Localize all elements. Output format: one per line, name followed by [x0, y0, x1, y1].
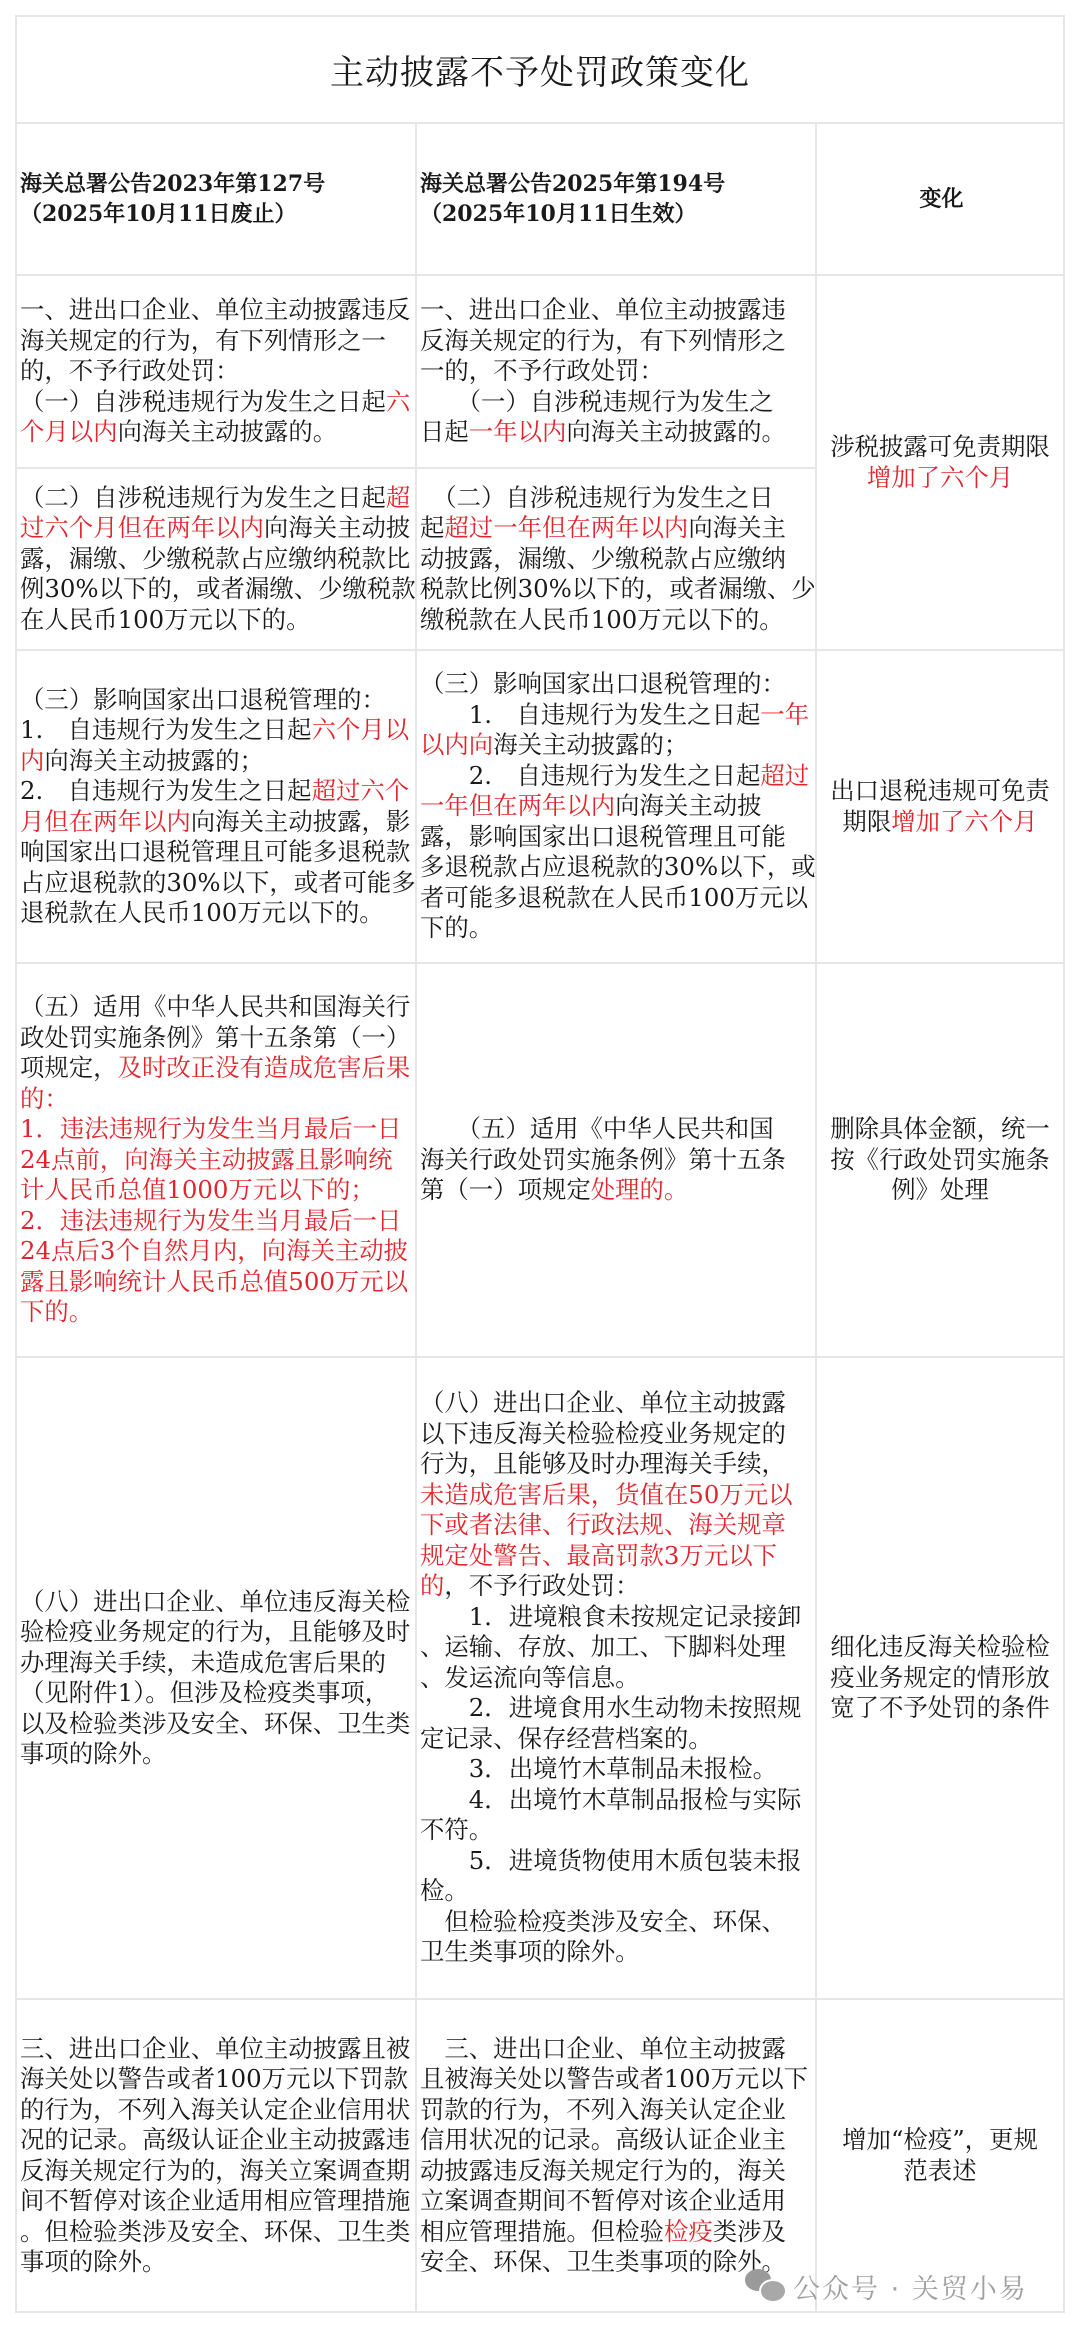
text-line: 动披露违反海关规定行为的，海关	[420, 2156, 812, 2187]
text-segment: 一、进出口企业、单位主动披露违	[420, 295, 786, 324]
text-line: 计人民币总值1000万元以下的；	[20, 1175, 412, 1206]
row-2-new-cell: （二）自涉税违规行为发生之日起超过一年但在两年以内向海关主动披露，漏缴、少缴税款…	[417, 469, 817, 651]
highlighted-change-text: 露且影响统计人民币总值500万元以	[20, 1267, 408, 1296]
text-segment: 疫业务规定的情形放	[830, 1663, 1050, 1692]
text-line: 未造成危害后果，货值在50万元以	[420, 1480, 812, 1511]
text-segment: 向海关主动披露的。	[566, 417, 786, 446]
text-line: 事项的除外。	[20, 2247, 412, 2278]
header-change-label: 变化	[919, 184, 963, 214]
text-line: 下或者法律、行政法规、海关规章	[420, 1510, 812, 1541]
text-segment: 验检疫业务规定的行为，且能够及时	[20, 1617, 410, 1646]
text-segment: 以下违反海关检验检疫业务规定的	[420, 1419, 786, 1448]
row-1-old-cell: 一、进出口企业、单位主动披露违反海关规定的行为，有下列情形之一的，不予行政处罚：…	[17, 276, 417, 469]
text-segment: 动披露违反海关规定行为的，海关	[420, 2156, 786, 2185]
text-segment: 1. 自违规行为发生之日起	[20, 715, 312, 744]
text-line: （三）影响国家出口退税管理的：	[420, 669, 812, 700]
text-segment: 响国家出口退税管理且可能多退税款	[20, 837, 410, 866]
header-old-notice: 海关总署公告2023年第127号 （2025年10月11日废止）	[17, 124, 417, 276]
row-6-change-cell: 增加“检疫”，更规范表述	[817, 2000, 1063, 2311]
text-line: （二）自涉税违规行为发生之日起超	[20, 483, 412, 514]
text-line: 反海关规定的行为，有下列情形之	[420, 326, 812, 357]
row-4-old-cell: （五）适用《中华人民共和国海关行政处罚实施条例》第十五条第（一）项规定，及时改正…	[17, 964, 417, 1358]
text-line: 出口退税违规可免责	[830, 776, 1050, 807]
text-segment: 出口退税违规可免责	[830, 776, 1050, 805]
text-segment: 者可能多退税款在人民币100万元以	[420, 883, 808, 912]
text-line: 5．进境货物使用木质包装未报	[420, 1846, 812, 1877]
text-segment: 1. 自违规行为发生之日起	[420, 700, 760, 729]
highlighted-change-text: 超过	[760, 761, 809, 790]
text-segment: 日起	[420, 417, 469, 446]
text-line: 1．进境粮食未按规定记录接卸	[420, 1602, 812, 1633]
text-line: 反海关规定行为的，海关立案调查期	[20, 2156, 412, 2187]
highlighted-change-text: 24点前，向海关主动披露且影响统	[20, 1145, 393, 1174]
text-segment: 在人民币100万元以下的。	[20, 605, 310, 634]
text-line: 一年但在两年以内向海关主动披	[420, 791, 812, 822]
text-line: 1．违法违规行为发生当月最后一日	[20, 1114, 412, 1145]
text-segment: 2. 自违规行为发生之日起	[20, 776, 312, 805]
text-line: 过六个月但在两年以内向海关主动披	[20, 513, 412, 544]
highlighted-change-text: 2．违法违规行为发生当月最后一日	[20, 1206, 401, 1235]
text-line: 动披露，漏缴、少缴税款占应缴纳	[420, 544, 812, 575]
text-line: 在人民币100万元以下的。	[20, 605, 412, 636]
text-line: 宽了不予处罚的条件	[830, 1693, 1050, 1724]
text-line: （二）自涉税违规行为发生之日	[420, 483, 812, 514]
highlighted-change-text: 一年但在两年以内	[420, 791, 615, 820]
text-segment: 向海关主动披	[264, 513, 410, 542]
text-segment: 反海关规定的行为，有下列情形之	[420, 326, 786, 355]
text-line: 不符。	[420, 1815, 812, 1846]
text-segment: 反海关规定行为的，海关立案调查期	[20, 2156, 410, 2185]
text-line: 例30%以下的，或者漏缴、少缴税款	[20, 574, 412, 605]
text-line: 涉税披露可免责期限	[830, 432, 1050, 463]
text-segment: 卫生类事项的除外。	[420, 1937, 640, 1966]
text-segment: 第（一）项规定	[420, 1175, 591, 1204]
text-segment: 间不暂停对该企业适用相应管理措施	[20, 2186, 410, 2215]
text-segment: 范表述	[903, 2156, 976, 2185]
text-segment: 海关规定的行为，有下列情形之一	[20, 326, 386, 355]
text-segment: 删除具体金额，统一	[830, 1114, 1050, 1143]
text-segment: 类涉及	[713, 2217, 786, 2246]
text-line: 事项的除外。	[20, 1739, 412, 1770]
text-line: 第（一）项规定处理的。	[420, 1175, 812, 1206]
highlighted-change-text: 下的。	[20, 1297, 93, 1326]
text-line: 项规定，及时改正没有造成危害后果	[20, 1053, 412, 1084]
text-segment: 3．出境竹木草制品未报检。	[420, 1754, 777, 1783]
text-segment: 1．进境粮食未按规定记录接卸	[420, 1602, 801, 1631]
text-line: 退税款在人民币100万元以下的。	[20, 898, 412, 929]
text-line: 日起一年以内向海关主动披露的。	[420, 417, 812, 448]
text-segment: （三）影响国家出口退税管理的：	[20, 685, 386, 714]
text-line: 验检疫业务规定的行为，且能够及时	[20, 1617, 412, 1648]
text-segment: 一、进出口企业、单位主动披露违反	[20, 295, 410, 324]
text-segment: 相应管理措施。但检验	[420, 2217, 664, 2246]
highlighted-change-text: 一年以内	[469, 417, 567, 446]
text-segment: 起	[420, 513, 444, 542]
text-line: 1. 自违规行为发生之日起一年	[420, 700, 812, 731]
text-segment: 多退税款占应退税款的30%以下，或	[420, 852, 816, 881]
text-line: （三）影响国家出口退税管理的：	[20, 685, 412, 716]
highlighted-change-text: 超过一年但在两年以内	[444, 513, 688, 542]
text-line: 三、进出口企业、单位主动披露且被	[20, 2034, 412, 2065]
text-segment: 涉税披露可免责期限	[830, 432, 1050, 461]
text-line: 露，影响国家出口退税管理且可能	[420, 822, 812, 853]
text-line: 个月以内向海关主动披露的。	[20, 417, 412, 448]
row-3-change-cell: 出口退税违规可免责期限增加了六个月	[817, 651, 1063, 964]
text-line: 规定处警告、最高罚款3万元以下	[420, 1541, 812, 1572]
text-line: 多退税款占应退税款的30%以下，或	[420, 852, 812, 883]
text-segment: 例》处理	[891, 1175, 989, 1204]
text-line: 2．违法违规行为发生当月最后一日	[20, 1206, 412, 1237]
text-line: 者可能多退税款在人民币100万元以	[420, 883, 812, 914]
text-segment: 、运输、存放、加工、下脚料处理	[420, 1632, 786, 1661]
text-line: 下的。	[20, 1297, 412, 1328]
text-segment: 三、进出口企业、单位主动披露	[420, 2034, 786, 2063]
text-line: 、发运流向等信息。	[420, 1663, 812, 1694]
text-segment: 海关处以警告或者100万元以下罚款	[20, 2064, 408, 2093]
text-segment: 但检验检疫类涉及安全、环保、	[420, 1907, 786, 1936]
text-segment: 检。	[420, 1876, 469, 1905]
text-line: 海关处以警告或者100万元以下罚款	[20, 2064, 412, 2095]
text-segment: （五）适用《中华人民共和国	[420, 1114, 774, 1143]
text-segment: 定记录、保存经营档案的。	[420, 1724, 713, 1753]
text-segment: 期限	[842, 807, 891, 836]
text-segment: 按《行政处罚实施条	[830, 1145, 1050, 1174]
text-segment: 政处罚实施条例》第十五条第（一）	[20, 1023, 410, 1052]
text-line: 、运输、存放、加工、下脚料处理	[420, 1632, 812, 1663]
text-segment: （五）适用《中华人民共和国海关行	[20, 992, 410, 1021]
text-line: 但检验检疫类涉及安全、环保、	[420, 1907, 812, 1938]
header-new-date: （2025年10月11日生效）	[420, 199, 815, 229]
text-segment: 缴税款在人民币100万元以下的。	[420, 605, 784, 634]
text-segment: 向海关主动披露，影	[191, 807, 411, 836]
text-line: 露，漏缴、少缴税款占应缴纳税款比	[20, 544, 412, 575]
highlighted-change-text: 24点后3个自然月内，向海关主动披	[20, 1236, 408, 1265]
highlighted-change-text: 月但在两年以内	[20, 807, 191, 836]
text-line: 内向海关主动披露的；	[20, 746, 412, 777]
text-line: 以下违反海关检验检疫业务规定的	[420, 1419, 812, 1450]
text-segment: 动披露，漏缴、少缴税款占应缴纳	[420, 544, 786, 573]
text-line: 细化违反海关检验检	[830, 1632, 1050, 1663]
row-2-old-cell: （二）自涉税违规行为发生之日起超过六个月但在两年以内向海关主动披露，漏缴、少缴税…	[17, 469, 417, 651]
text-segment: 办理海关手续，未造成危害后果的	[20, 1648, 386, 1677]
text-line: 以及检验类涉及安全、环保、卫生类	[20, 1709, 412, 1740]
text-line: 况的记录。高级认证企业主动披露违	[20, 2125, 412, 2156]
watermark: 公众号 · 关贸小易	[745, 2266, 1028, 2306]
text-segment: 事项的除外。	[20, 1739, 166, 1768]
text-line: 24点前，向海关主动披露且影响统	[20, 1145, 412, 1176]
text-segment: 、发运流向等信息。	[420, 1663, 640, 1692]
text-segment: 例30%以下的，或者漏缴、少缴税款	[20, 574, 416, 603]
text-line: 行为，且能够及时办理海关手续，	[420, 1449, 812, 1480]
text-segment: 海关主动披露的；	[493, 730, 688, 759]
text-segment: 宽了不予处罚的条件	[830, 1693, 1050, 1722]
text-line: 三、进出口企业、单位主动披露	[420, 2034, 812, 2065]
text-line: 的：	[20, 1084, 412, 1115]
text-segment: （见附件1）。但涉及检疫类事项，	[20, 1678, 389, 1707]
text-segment: 行为，且能够及时办理海关手续，	[420, 1449, 786, 1478]
table-title: 主动披露不予处罚政策变化	[17, 17, 1063, 124]
text-line: 2. 自违规行为发生之日起超过	[420, 761, 812, 792]
text-line: （见附件1）。但涉及检疫类事项，	[20, 1678, 412, 1709]
row-6-new-cell: 三、进出口企业、单位主动披露且被海关处以警告或者100万元以下罚款的行为，不列入…	[417, 2000, 817, 2311]
highlighted-change-text: 个月以内	[20, 417, 118, 446]
row-5-change-cell: 细化违反海关检验检疫业务规定的情形放宽了不予处罚的条件	[817, 1358, 1063, 2000]
text-line: 月但在两年以内向海关主动披露，影	[20, 807, 412, 838]
highlighted-change-text: 内	[20, 746, 44, 775]
highlighted-change-text: 检疫	[664, 2217, 713, 2246]
header-new-title: 海关总署公告2025年第194号	[420, 169, 815, 199]
text-segment: 露，漏缴、少缴税款占应缴纳税款比	[20, 544, 410, 573]
highlighted-change-text: 增加了六个月	[867, 463, 1013, 492]
highlighted-change-text: 以内向	[420, 730, 493, 759]
text-segment: 且被海关处以警告或者100万元以下	[420, 2064, 808, 2093]
text-line: 一、进出口企业、单位主动披露违反	[20, 295, 412, 326]
highlighted-change-text: 计人民币总值1000万元以下的；	[20, 1175, 375, 1204]
text-line: 1. 自违规行为发生之日起六个月以	[20, 715, 412, 746]
text-segment: 露，影响国家出口退税管理且可能	[420, 822, 786, 851]
text-segment: 5．进境货物使用木质包装未报	[420, 1846, 801, 1875]
text-segment: （一）自涉税违规行为发生之	[420, 387, 774, 416]
text-segment: 况的记录。高级认证企业主动披露违	[20, 2125, 410, 2154]
highlighted-change-text: 六	[386, 387, 410, 416]
text-line: 疫业务规定的情形放	[830, 1663, 1050, 1694]
text-segment: 项规定，	[20, 1053, 118, 1082]
text-segment: 增加“检疫”，更规	[842, 2125, 1038, 2154]
row-3-old-cell: （三）影响国家出口退税管理的：1. 自违规行为发生之日起六个月以内向海关主动披露…	[17, 651, 417, 964]
text-line: 罚款的行为，不列入海关认定企业	[420, 2095, 812, 2126]
highlighted-change-text: 1．违法违规行为发生当月最后一日	[20, 1114, 401, 1143]
policy-comparison-table: 主动披露不予处罚政策变化 海关总署公告2023年第127号 （2025年10月1…	[15, 15, 1065, 2313]
text-line: 信用状况的记录。高级认证企业主	[420, 2125, 812, 2156]
text-segment: 下的。	[420, 913, 493, 942]
text-segment: （二）自涉税违规行为发生之日	[420, 483, 774, 512]
row-4-new-cell: （五）适用《中华人民共和国海关行政处罚实施条例》第十五条第（一）项规定处理的。	[417, 964, 817, 1358]
text-segment: 4．出境竹木草制品报检与实际	[420, 1785, 801, 1814]
text-line: （八）进出口企业、单位违反海关检	[20, 1587, 412, 1618]
text-line: 起超过一年但在两年以内向海关主	[420, 513, 812, 544]
text-line: 例》处理	[891, 1175, 989, 1206]
text-line: 定记录、保存经营档案的。	[420, 1724, 812, 1755]
header-change: 变化	[817, 124, 1063, 276]
text-line: 间不暂停对该企业适用相应管理措施	[20, 2186, 412, 2217]
highlighted-change-text: 的：	[20, 1084, 69, 1113]
watermark-text: 公众号 · 关贸小易	[793, 2267, 1028, 2306]
text-line: 海关规定的行为，有下列情形之一	[20, 326, 412, 357]
text-line: 3．出境竹木草制品未报检。	[420, 1754, 812, 1785]
row-5-new-cell: （八）进出口企业、单位主动披露以下违反海关检验检疫业务规定的行为，且能够及时办理…	[417, 1358, 817, 2000]
text-segment: ，不予行政处罚：	[444, 1571, 639, 1600]
highlighted-change-text: 超过六个	[312, 776, 410, 805]
text-line: （一）自涉税违规行为发生之	[420, 387, 812, 418]
text-segment: 安全、环保、卫生类事项的除外。	[420, 2247, 786, 2276]
text-line: 以内向海关主动披露的；	[420, 730, 812, 761]
text-line: （五）适用《中华人民共和国海关行	[20, 992, 412, 1023]
text-segment: 一的，不予行政处罚：	[420, 356, 664, 385]
row-6-old-cell: 三、进出口企业、单位主动披露且被海关处以警告或者100万元以下罚款的行为，不列入…	[17, 2000, 417, 2311]
text-line: 的，不予行政处罚：	[20, 356, 412, 387]
highlighted-change-text: 规定处警告、最高罚款3万元以下	[420, 1541, 777, 1570]
text-segment: 向海关主动披露的。	[118, 417, 338, 446]
text-line: 的行为，不列入海关认定企业信用状	[20, 2095, 412, 2126]
text-line: 税款比例30%以下的，或者漏缴、少	[420, 574, 812, 605]
text-segment: 占应退税款的30%以下，或者可能多	[20, 868, 416, 897]
highlighted-change-text: 增加了六个月	[891, 807, 1037, 836]
text-line: 4．出境竹木草制品报检与实际	[420, 1785, 812, 1816]
text-segment: 信用状况的记录。高级认证企业主	[420, 2125, 786, 2154]
text-line: （一）自涉税违规行为发生之日起六	[20, 387, 412, 418]
text-line: 增加“检疫”，更规	[842, 2125, 1038, 2156]
header-new-notice: 海关总署公告2025年第194号 （2025年10月11日生效）	[417, 124, 817, 276]
highlighted-change-text: 过六个月但在两年以内	[20, 513, 264, 542]
text-segment: 2．进境食用水生动物未按照规	[420, 1693, 801, 1722]
text-line: 一的，不予行政处罚：	[420, 356, 812, 387]
text-segment: 细化违反海关检验检	[830, 1632, 1050, 1661]
text-line: 下的。	[420, 913, 812, 944]
highlighted-change-text: 的	[420, 1571, 444, 1600]
text-line: 2．进境食用水生动物未按照规	[420, 1693, 812, 1724]
text-segment: 三、进出口企业、单位主动披露且被	[20, 2034, 410, 2063]
highlighted-change-text: 未造成危害后果，货值在50万元以	[420, 1480, 793, 1509]
row-1-new-cell: 一、进出口企业、单位主动披露违反海关规定的行为，有下列情形之一的，不予行政处罚：…	[417, 276, 817, 469]
text-line: 露且影响统计人民币总值500万元以	[20, 1267, 412, 1298]
text-segment: 税款比例30%以下的，或者漏缴、少	[420, 574, 816, 603]
highlighted-change-text: 一年	[760, 700, 809, 729]
text-line: 占应退税款的30%以下，或者可能多	[20, 868, 412, 899]
text-segment: 。但检验类涉及安全、环保、卫生类	[20, 2217, 410, 2246]
text-segment: 的，不予行政处罚：	[20, 356, 240, 385]
text-segment: （二）自涉税违规行为发生之日起	[20, 483, 386, 512]
text-line: 范表述	[903, 2156, 976, 2187]
text-line: 删除具体金额，统一	[830, 1114, 1050, 1145]
text-line: 办理海关手续，未造成危害后果的	[20, 1648, 412, 1679]
header-old-date: （2025年10月11日废止）	[20, 199, 415, 229]
text-segment: 以及检验类涉及安全、环保、卫生类	[20, 1709, 410, 1738]
text-line: 24点后3个自然月内，向海关主动披	[20, 1236, 412, 1267]
highlighted-change-text: 处理的。	[591, 1175, 689, 1204]
text-segment: 向海关主动披	[615, 791, 761, 820]
text-segment: 立案调查期间不暂停对该企业适用	[420, 2186, 786, 2215]
highlighted-change-text: 及时改正没有造成危害后果	[118, 1053, 411, 1082]
text-segment: （八）进出口企业、单位违反海关检	[20, 1587, 410, 1616]
text-segment: 的行为，不列入海关认定企业信用状	[20, 2095, 410, 2124]
highlighted-change-text: 下或者法律、行政法规、海关规章	[420, 1510, 786, 1539]
text-line: 卫生类事项的除外。	[420, 1937, 812, 1968]
text-line: （八）进出口企业、单位主动披露	[420, 1388, 812, 1419]
text-line: 的，不予行政处罚：	[420, 1571, 812, 1602]
text-line: 检。	[420, 1876, 812, 1907]
text-segment: 向海关主	[688, 513, 786, 542]
row-5-old-cell: （八）进出口企业、单位违反海关检验检疫业务规定的行为，且能够及时办理海关手续，未…	[17, 1358, 417, 2000]
text-line: 相应管理措施。但检验检疫类涉及	[420, 2217, 812, 2248]
text-line: 。但检验类涉及安全、环保、卫生类	[20, 2217, 412, 2248]
text-segment: 向海关主动披露的；	[44, 746, 264, 775]
text-line: 增加了六个月	[867, 463, 1013, 494]
page-title: 主动披露不予处罚政策变化	[330, 45, 750, 94]
text-line: 响国家出口退税管理且可能多退税款	[20, 837, 412, 868]
wechat-icon	[745, 2269, 785, 2303]
text-segment: （八）进出口企业、单位主动披露	[420, 1388, 786, 1417]
text-line: 期限增加了六个月	[842, 807, 1037, 838]
text-line: 且被海关处以警告或者100万元以下	[420, 2064, 812, 2095]
row-4-change-cell: 删除具体金额，统一按《行政处罚实施条例》处理	[817, 964, 1063, 1358]
highlighted-change-text: 超	[386, 483, 410, 512]
highlighted-change-text: 六个月以	[312, 715, 410, 744]
text-segment: 退税款在人民币100万元以下的。	[20, 898, 384, 927]
text-segment: 不符。	[420, 1815, 493, 1844]
text-line: 政处罚实施条例》第十五条第（一）	[20, 1023, 412, 1054]
text-segment: （三）影响国家出口退税管理的：	[420, 669, 786, 698]
text-segment: 罚款的行为，不列入海关认定企业	[420, 2095, 786, 2124]
text-segment: 海关行政处罚实施条例》第十五条	[420, 1145, 786, 1174]
text-line: 2. 自违规行为发生之日起超过六个	[20, 776, 412, 807]
text-segment: 2. 自违规行为发生之日起	[420, 761, 760, 790]
text-line: （五）适用《中华人民共和国	[420, 1114, 812, 1145]
text-line: 缴税款在人民币100万元以下的。	[420, 605, 812, 636]
text-line: 按《行政处罚实施条	[830, 1145, 1050, 1176]
text-line: 一、进出口企业、单位主动披露违	[420, 295, 812, 326]
row-1-2-change-cell: 涉税披露可免责期限增加了六个月	[817, 276, 1063, 651]
row-3-new-cell: （三）影响国家出口退税管理的： 1. 自违规行为发生之日起一年以内向海关主动披露…	[417, 651, 817, 964]
text-line: 立案调查期间不暂停对该企业适用	[420, 2186, 812, 2217]
text-segment: 事项的除外。	[20, 2247, 166, 2276]
text-segment: （一）自涉税违规行为发生之日起	[20, 387, 386, 416]
header-old-title: 海关总署公告2023年第127号	[20, 169, 415, 199]
text-line: 海关行政处罚实施条例》第十五条	[420, 1145, 812, 1176]
